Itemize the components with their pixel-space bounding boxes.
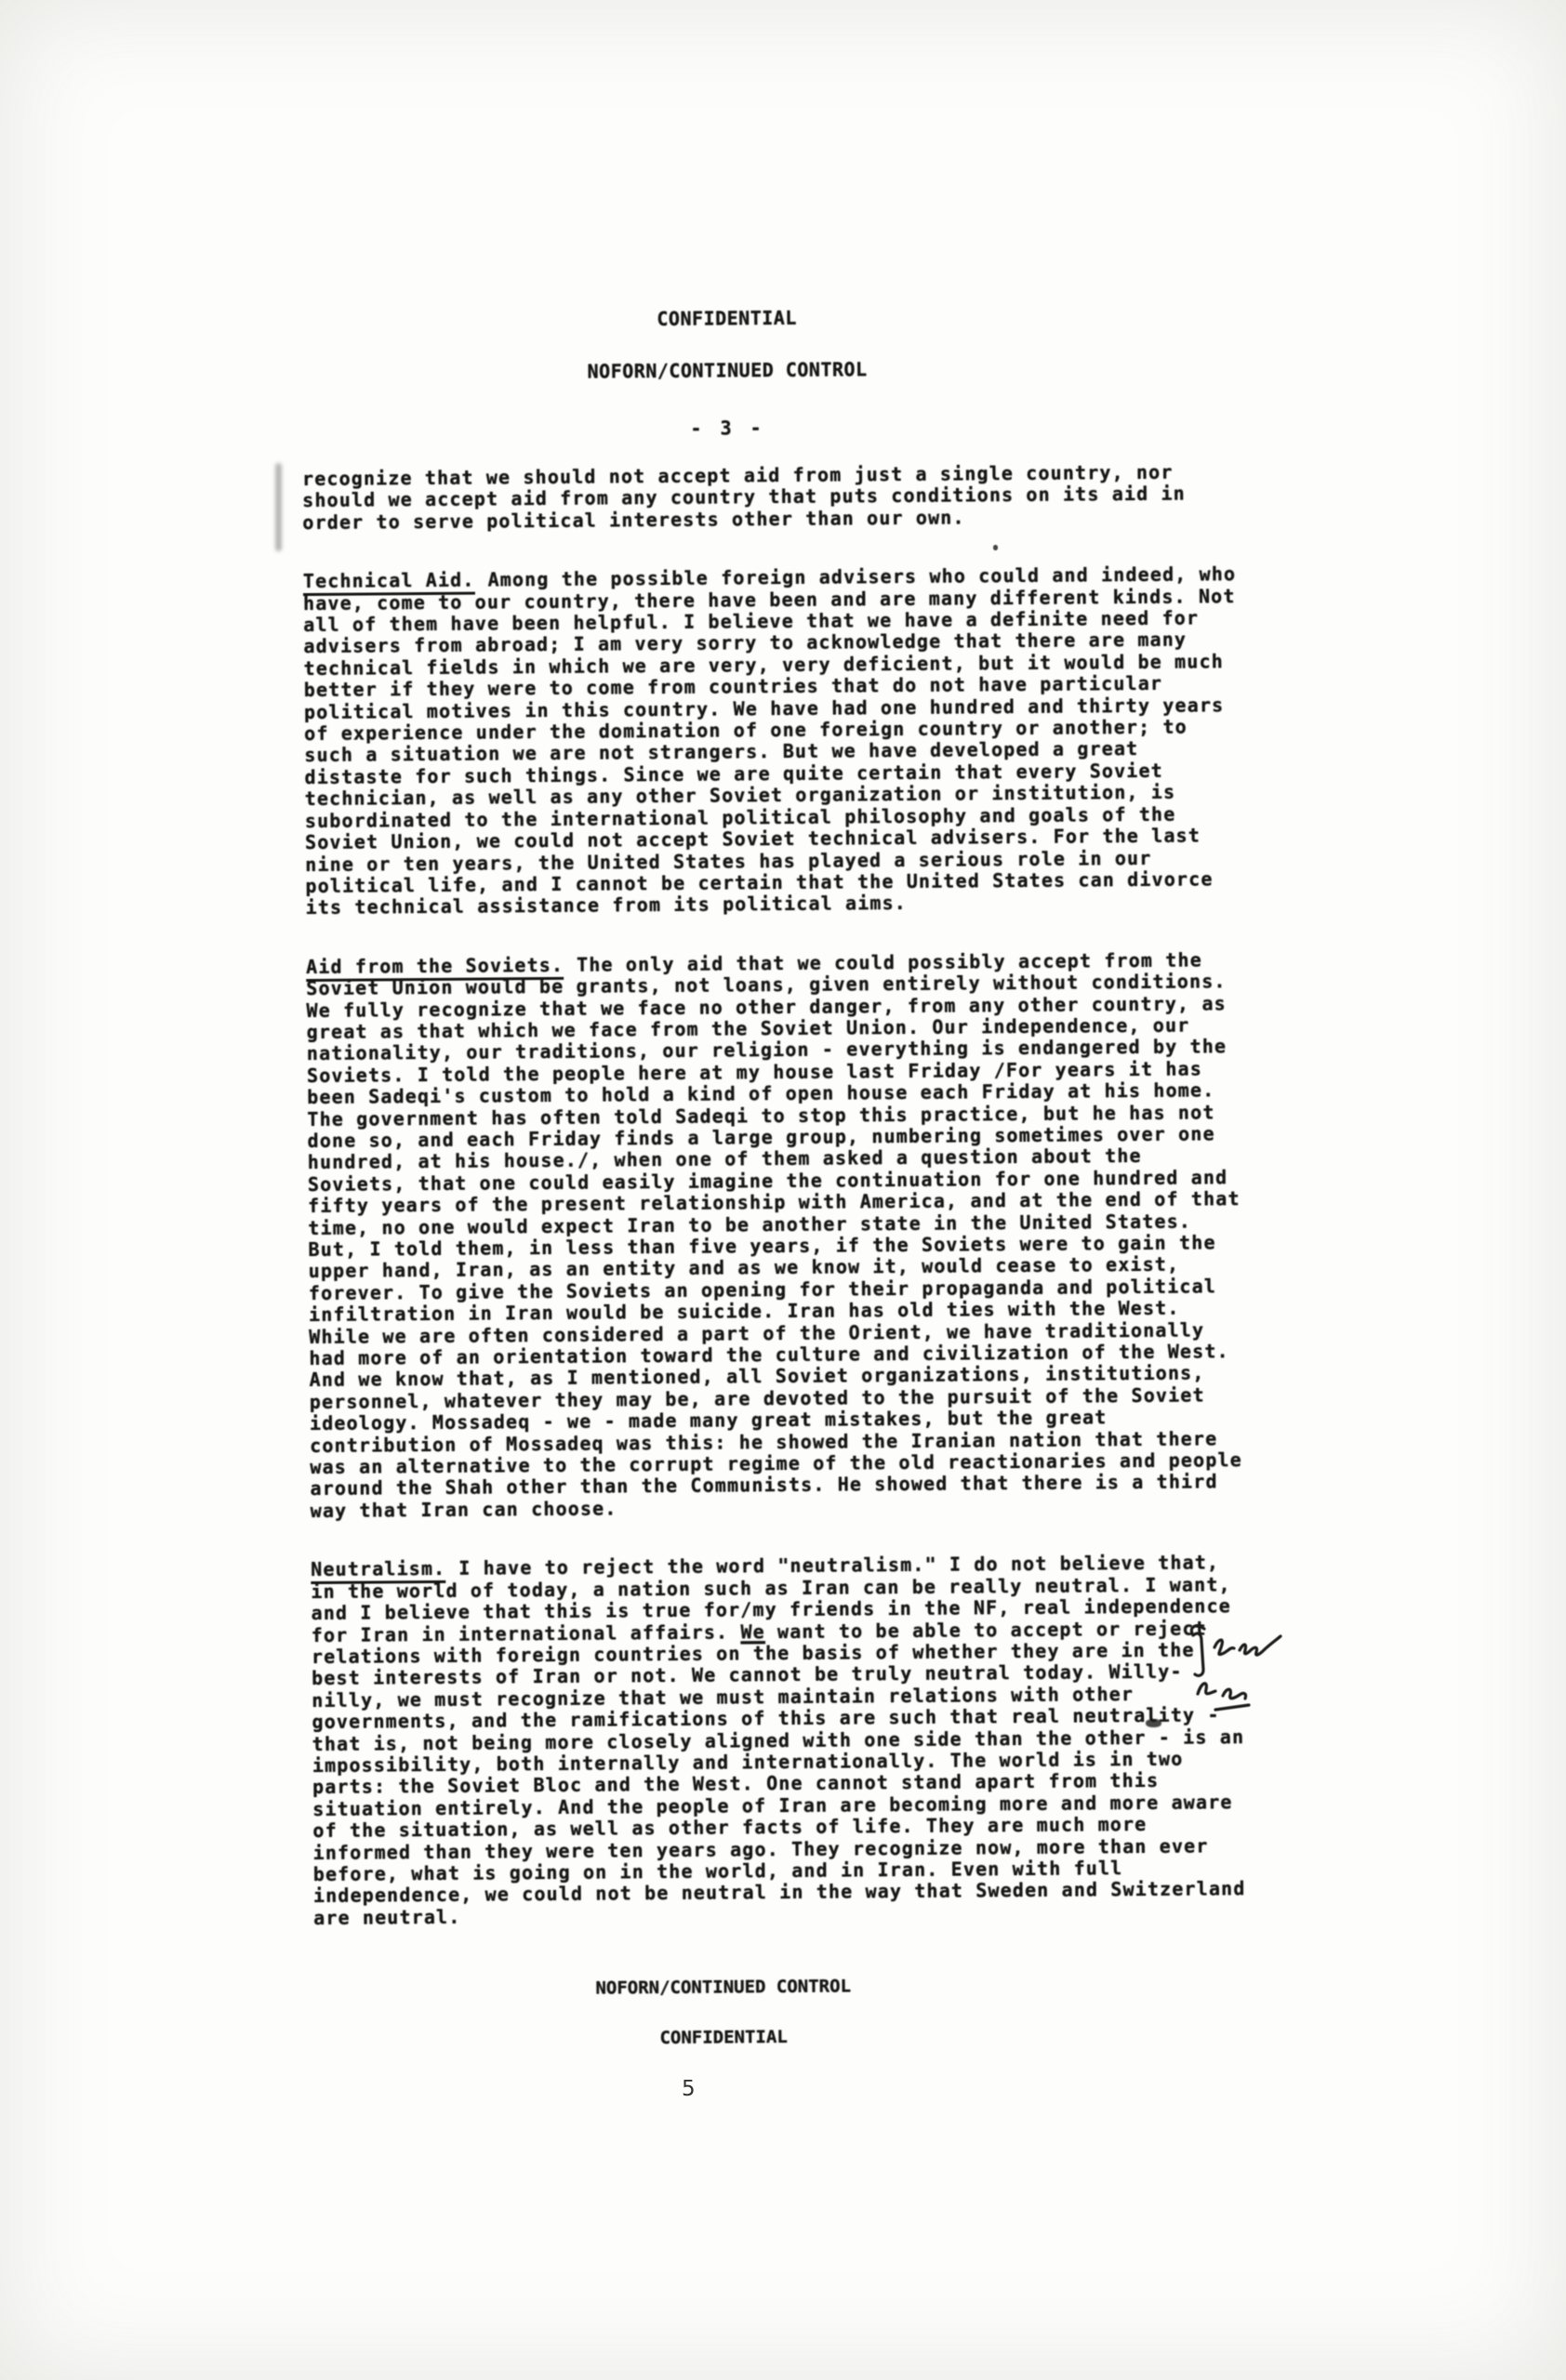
page-number-bottom: 5 <box>682 2077 696 2101</box>
control-marking-header: NOFORN/CONTINUED CONTROL <box>0 353 1460 387</box>
control-marking-footer: NOFORN/CONTINUED CONTROL <box>7 1971 1440 2003</box>
classification-footer: CONFIDENTIAL <box>7 2021 1440 2053</box>
scanned-document-page: CONFIDENTIAL NOFORN/CONTINUED CONTROL - … <box>0 0 1566 2380</box>
paragraph-text: Among the possible foreign advisers who … <box>303 562 1236 919</box>
underlined-text: We <box>740 1620 765 1643</box>
typed-content: CONFIDENTIAL NOFORN/CONTINUED CONTROL - … <box>0 0 1566 2380</box>
paragraph-text: The only aid that we could possibly acce… <box>306 948 1242 1522</box>
scan-artifact-speck <box>1146 1719 1161 1727</box>
paragraph: recognize that we should not accept aid … <box>302 461 1244 534</box>
page-number-top: - 3 - <box>0 411 1461 444</box>
paragraph: Neutralism.I have to reject the word "ne… <box>311 1552 1254 1929</box>
paragraph: Aid from the Soviets.The only aid that w… <box>306 949 1252 1522</box>
paragraph-text: recognize that we should not accept aid … <box>302 461 1186 534</box>
classification-header: CONFIDENTIAL <box>0 301 1460 335</box>
paragraph: Technical Aid.Among the possible foreign… <box>303 563 1247 919</box>
body-paragraphs: recognize that we should not accept aid … <box>302 461 1254 1929</box>
scan-artifact-streak <box>275 463 282 551</box>
handwritten-margin-note <box>1156 1614 1314 1739</box>
scan-artifact-speck <box>993 545 998 550</box>
paragraph-text: want to be able to accept or reject rela… <box>312 1617 1246 1929</box>
